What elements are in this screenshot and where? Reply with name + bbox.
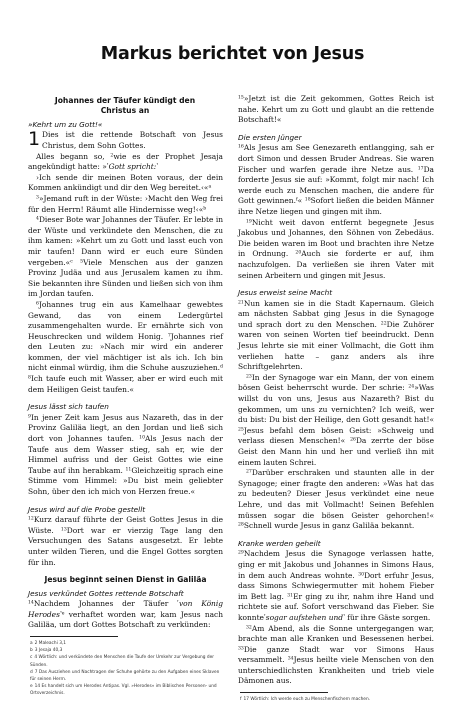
chapter-opening: 1 Dies ist die rettende Botschaft von Je…	[28, 130, 223, 151]
subheading: Kranke werden geheilt	[238, 539, 434, 550]
verse-29-31: 29Nachdem Jesus die Synagoge verlassen h…	[238, 549, 434, 623]
subheading: Jesus erweist seine Macht	[238, 288, 434, 299]
footnote: c4 Wörtlich: und verkündete den Menschen…	[30, 654, 223, 668]
footnote: a2 Maleachi 3,1	[30, 640, 223, 647]
verse-2: Alles begann so, 2wie es der Prophet Jes…	[28, 152, 223, 173]
quote-malachi: ›Ich sende dir meinen Boten voraus, der …	[28, 173, 223, 194]
chapter-number: 1	[28, 129, 40, 149]
verse-4-5: 4Dieser Bote war Johannes der Täufer. Er…	[28, 215, 223, 300]
subheading: Jesus lässt sich taufen	[28, 402, 223, 413]
subheading: Jesus wird auf die Probe gestellt	[28, 505, 223, 516]
footnote-divider	[30, 636, 118, 637]
subheading: Die ersten Jünger	[238, 133, 434, 144]
verse-6-8: 6Johannes trug ein aus Kamelhaar gewebte…	[28, 300, 223, 395]
left-column: Johannes der Täufer kündigt den Christus…	[28, 96, 223, 698]
verse-3: 3»Jemand ruft in der Wüste: ›Macht den W…	[28, 194, 223, 215]
verse-32-34: 32Am Abend, als die Sonne untergegangen …	[238, 624, 434, 688]
verse-19-20: 19Nicht weit davon entfernt begegnete Je…	[238, 218, 434, 282]
verse-15: 15»Jetzt ist die Zeit gekommen, Gottes R…	[238, 94, 434, 126]
verse-23-26: 23In der Synagoge war ein Mann, der von …	[238, 373, 434, 468]
section-heading: Johannes der Täufer kündigt den Christus…	[50, 96, 200, 117]
footnote-divider	[240, 692, 328, 693]
verse-9-11: 9In jener Zeit kam Jesus aus Nazareth, d…	[28, 413, 223, 498]
verse-1: Dies ist die rettende Botschaft von Jesu…	[42, 130, 223, 151]
section-heading: Jesus beginnt seinen Dienst in Galiläa	[28, 575, 223, 585]
footnote: b3 Jesaja 40,3	[30, 647, 223, 654]
verse-27-28: 27Darüber erschraken und staunten alle i…	[238, 468, 434, 532]
footnote: f17 Wörtlich: Ich werde euch zu Menschen…	[240, 696, 434, 703]
verse-14: 14Nachdem Johannes der Täufer ⸢von König…	[28, 599, 223, 631]
bible-page: Markus berichtet von Jesus Johannes der …	[0, 0, 465, 724]
subheading: »Kehrt um zu Gott!«	[28, 120, 223, 131]
subheading: Jesus verkündet Gottes rettende Botschaf…	[28, 589, 223, 600]
verse-16-18: 16Als Jesus am See Genezareth entlanggin…	[238, 143, 434, 217]
verse-12-13: 12Kurz darauf führte der Geist Gottes Je…	[28, 515, 223, 568]
page-title: Markus berichtet von Jesus	[0, 44, 465, 64]
footnote: d7 Das Ausziehen und Nachtragen der Schu…	[30, 669, 223, 683]
footnote: e14 Es handelt sich um Herodes Antipas. …	[30, 683, 223, 697]
verse-21-22: 21Nun kamen sie in die Stadt Kapernaum. …	[238, 299, 434, 373]
right-column: 15»Jetzt ist die Zeit gekommen, Gottes R…	[238, 94, 434, 703]
